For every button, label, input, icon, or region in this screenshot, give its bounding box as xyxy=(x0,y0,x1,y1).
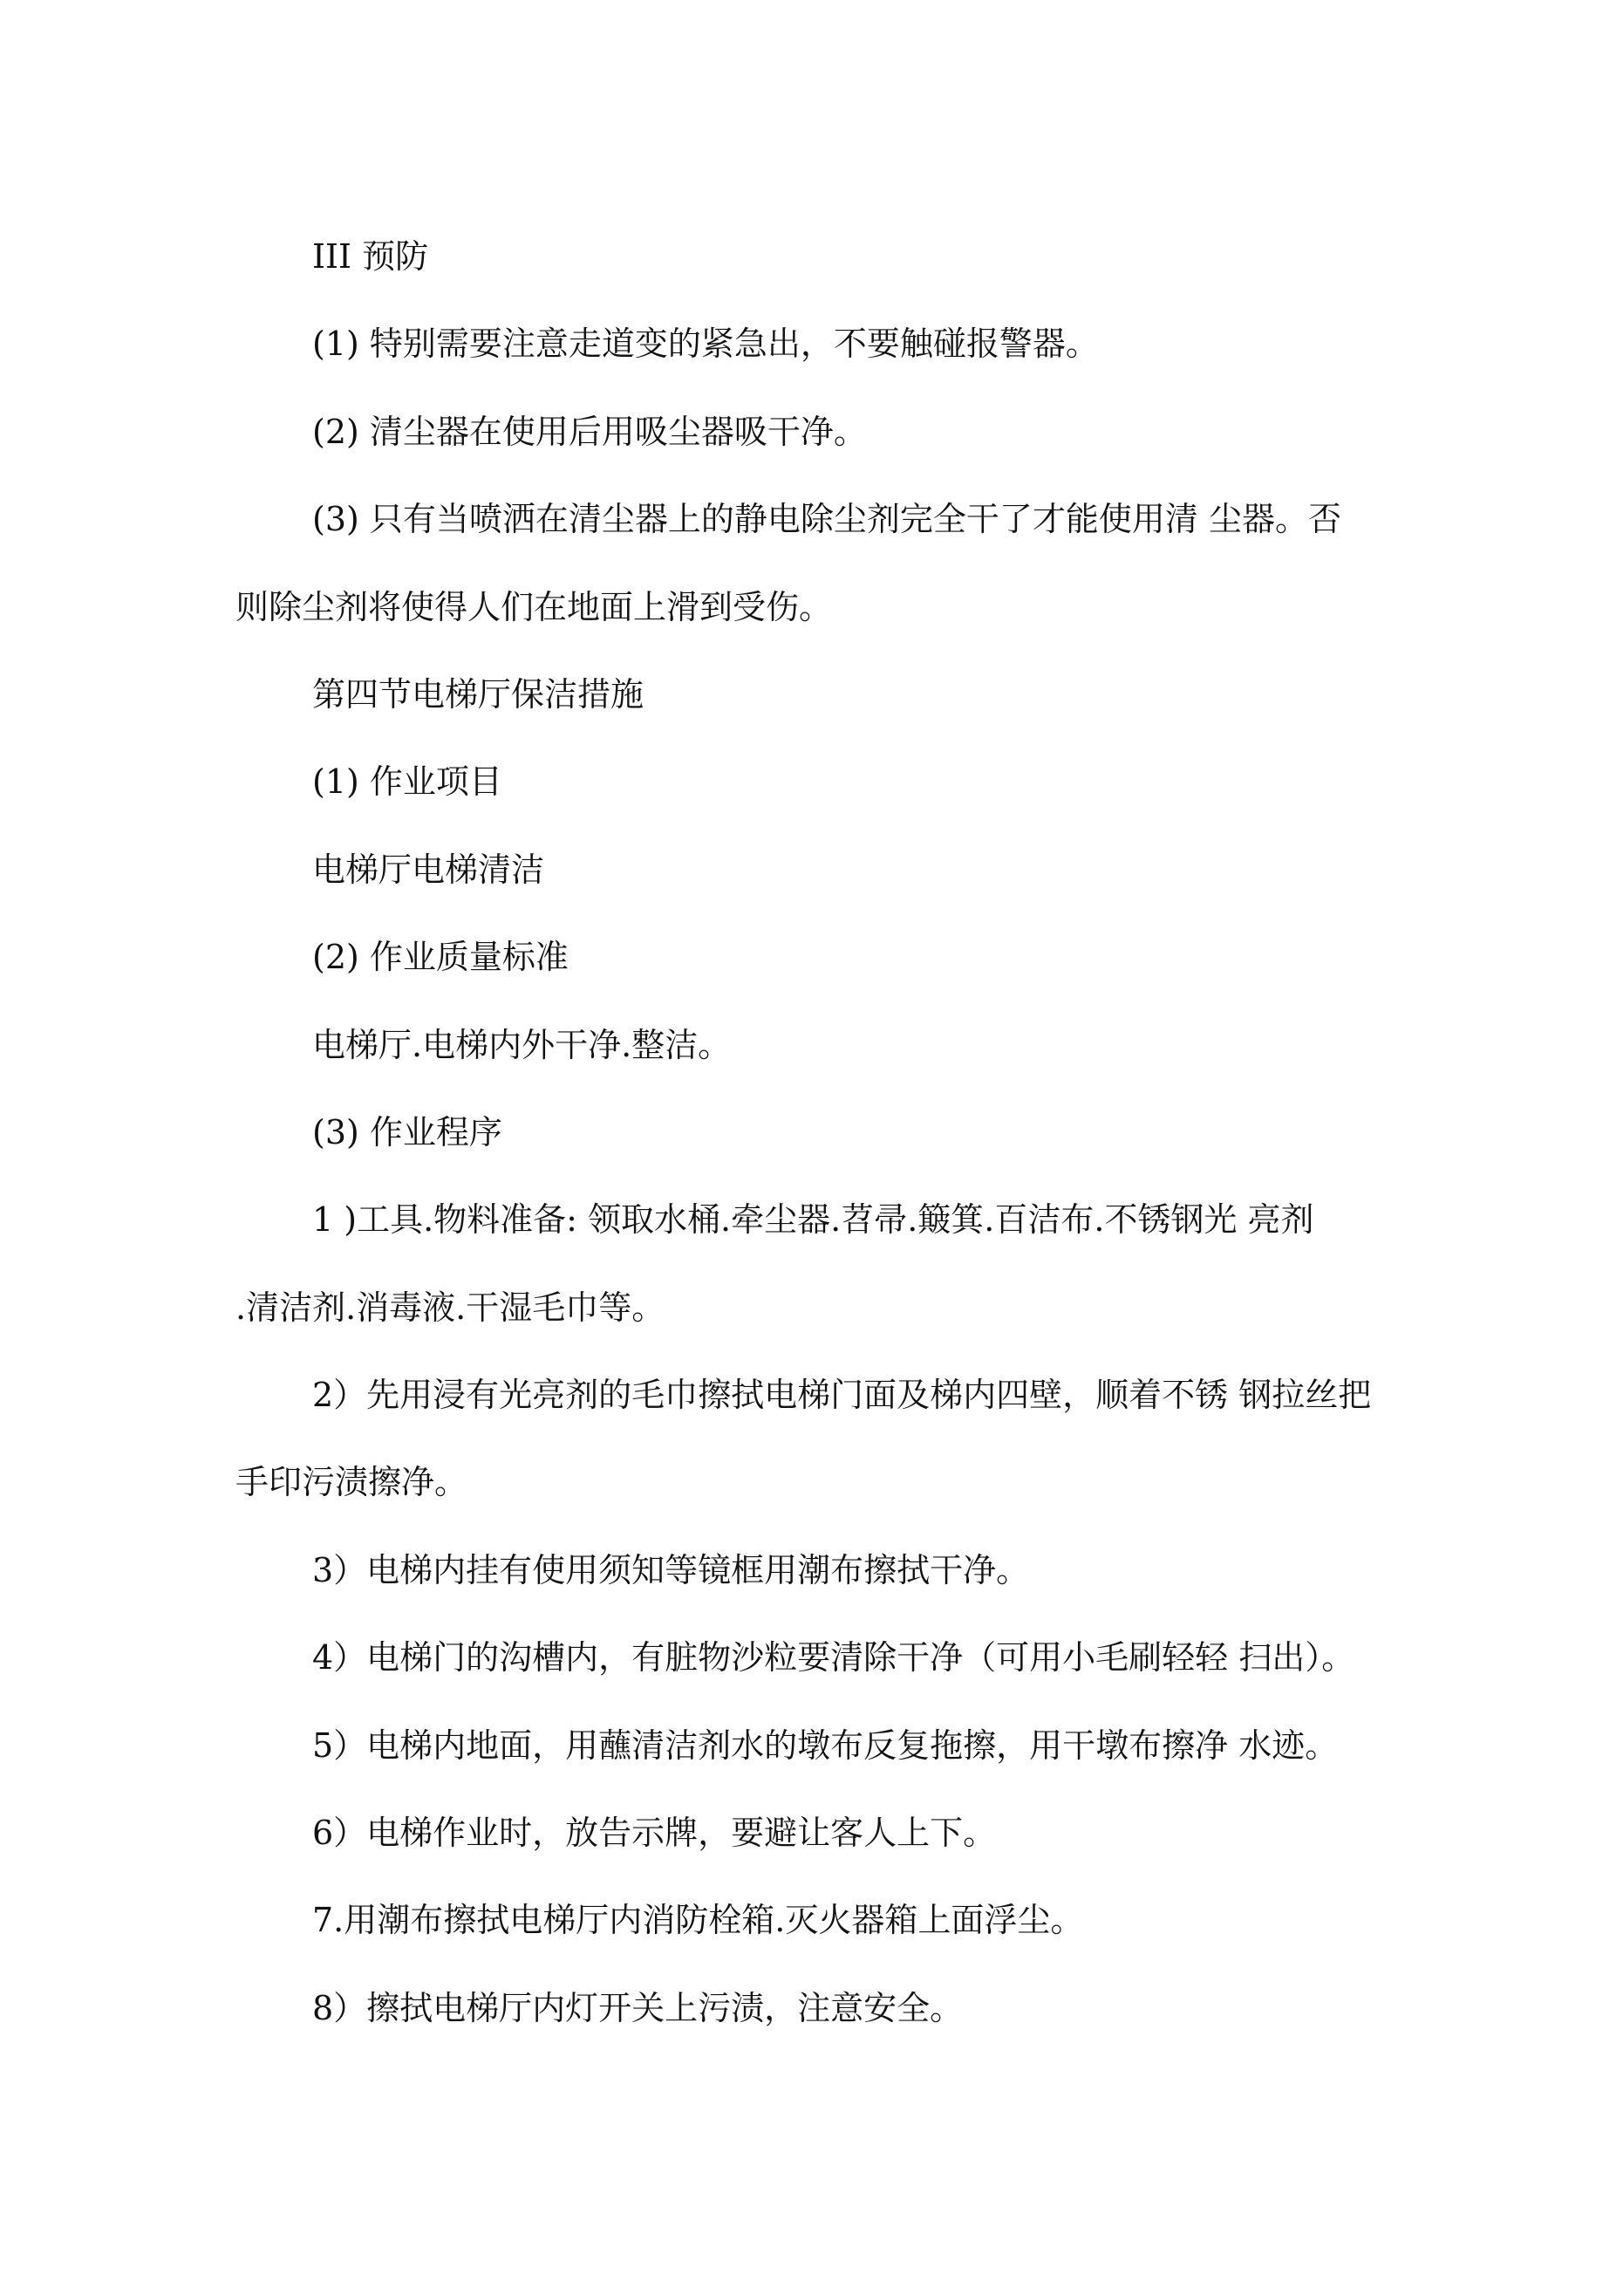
subheading-work-items: (1) 作业项目 xyxy=(235,738,1404,825)
procedure-step-2: 2）先用浸有光亮剂的毛巾擦拭电梯门面及梯内四壁，顺着不锈 钢拉丝把 xyxy=(235,1351,1404,1438)
section-heading-elevator-hall: 第四节电梯厅保洁措施 xyxy=(235,651,1404,738)
procedure-step-1: 1 )工具.物料准备: 领取水桶.牵尘器.苕帚.簸箕.百洁布.不锈钢光 亮剂 xyxy=(235,1176,1404,1263)
document-page: III 预防 (1) 特别需要注意走道变的紧急出，不要触碰报警器。 (2) 清尘… xyxy=(0,0,1623,2296)
subheading-work-procedure: (3) 作业程序 xyxy=(235,1089,1404,1176)
procedure-step-2-continuation: 手印污渍擦净。 xyxy=(235,1438,1404,1526)
procedure-step-1-continuation: .清洁剂.消毒液.干湿毛巾等。 xyxy=(235,1264,1404,1351)
procedure-step-8: 8）擦拭电梯厅内灯开关上污渍，注意安全。 xyxy=(235,1965,1404,2052)
list-item-prevention-3: (3) 只有当喷洒在清尘器上的静电除尘剂完全干了才能使用清 尘器。否 xyxy=(235,475,1404,563)
procedure-step-6: 6）电梯作业时，放告示牌，要避让客人上下。 xyxy=(235,1789,1404,1876)
paragraph-quality-standard: 电梯厅.电梯内外干净.整洁。 xyxy=(235,1001,1404,1089)
procedure-step-7: 7.用潮布擦拭电梯厅内消防栓箱.灭火器箱上面浮尘。 xyxy=(235,1876,1404,1964)
section-heading-prevention: III 预防 xyxy=(235,213,1404,300)
procedure-step-3: 3）电梯内挂有使用须知等镜框用潮布擦拭干净。 xyxy=(235,1527,1404,1614)
subheading-quality-standard: (2) 作业质量标准 xyxy=(235,913,1404,1001)
list-item-prevention-1: (1) 特别需要注意走道变的紧急出，不要触碰报警器。 xyxy=(235,300,1404,387)
procedure-step-5: 5）电梯内地面，用蘸清洁剂水的墩布反复拖擦，用干墩布擦净 水迹。 xyxy=(235,1702,1404,1789)
list-item-prevention-3-continuation: 则除尘剂将使得人们在地面上滑到受伤。 xyxy=(235,564,1404,651)
list-item-prevention-2: (2) 清尘器在使用后用吸尘器吸干净。 xyxy=(235,388,1404,475)
paragraph-work-items: 电梯厅电梯清洁 xyxy=(235,826,1404,913)
procedure-step-4: 4）电梯门的沟槽内，有脏物沙粒要清除干净（可用小毛刷轻轻 扫出）。 xyxy=(235,1614,1404,1701)
document-body: III 预防 (1) 特别需要注意走道变的紧急出，不要触碰报警器。 (2) 清尘… xyxy=(235,213,1404,2052)
